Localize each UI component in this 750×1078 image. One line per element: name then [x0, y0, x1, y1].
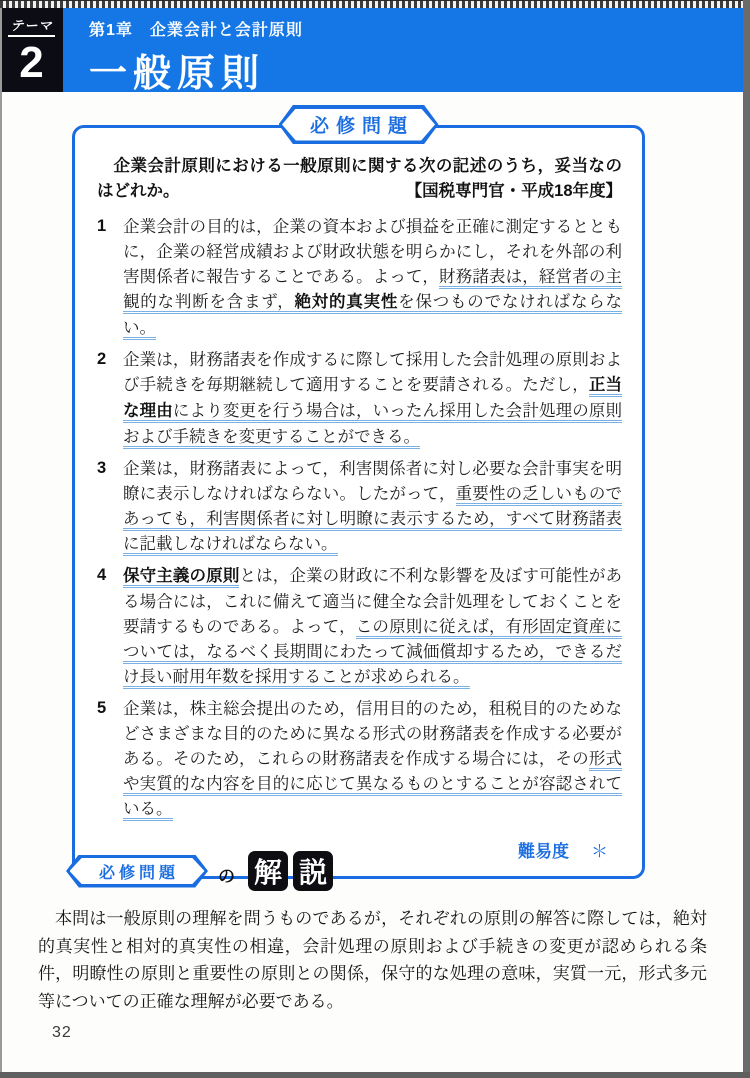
- explanation-header: 必修問題 の 解 説: [66, 851, 743, 891]
- page-left-edge: [0, 0, 2, 1078]
- option-5: 5企業は，株主総会提出のため，信用目的のため，租税目的のためなどさまざまな目的の…: [97, 696, 622, 821]
- explanation-section: 必修問題 の 解 説 本問は一般原則の理解を問うものであるが，それぞれの原則の解…: [0, 851, 743, 1015]
- badge-label: 必修問題: [282, 109, 435, 141]
- underlined-text: 絶対的真実性: [294, 293, 398, 314]
- question-intro: 企業会計原則における一般原則に関する次の記述のうち，妥当なのはどれか。【国税専門…: [97, 154, 622, 204]
- option-number: 5: [97, 696, 114, 821]
- page-bottom-edge: [0, 1072, 750, 1078]
- options-list: 1企業会計の目的は，企業の資本および損益を正確に測定するとともに，企業の経営成績…: [97, 214, 622, 821]
- underlined-text: により変更を行う場合は，いったん採用した会計処理の原則および手続きを変更すること…: [123, 401, 622, 449]
- option-number: 1: [97, 214, 114, 340]
- chapter-heading: 第1章 企業会計と会計原則: [89, 17, 743, 40]
- kaisetsu-square-2: 説: [293, 851, 333, 891]
- question-box: 企業会計原則における一般原則に関する次の記述のうち，妥当なのはどれか。【国税専門…: [72, 125, 645, 879]
- plain-text: 企業は，株主総会提出のため，信用目的のため，租税目的のためなどさまざまな目的のた…: [123, 699, 622, 768]
- page-header: テーマ 2 第1章 企業会計と会計原則 一般原則: [0, 8, 743, 92]
- option-4: 4保守主義の原則とは，企業の財政に不利な影響を及ぼす可能性がある場合には，これに…: [97, 563, 622, 689]
- option-3: 3企業は，財務諸表によって，利害関係者に対し必要な会計事実を明瞭に表示しなければ…: [97, 456, 622, 556]
- option-text: 企業は，財務諸表を作成するに際して採用した会計処理の原則および手続きを毎期継続し…: [123, 347, 622, 449]
- option-1: 1企業会計の目的は，企業の資本および損益を正確に測定するとともに，企業の経営成績…: [97, 214, 622, 340]
- badge-hexagon-border: 必修問題: [66, 855, 208, 888]
- required-question-section: 必修問題 企業会計原則における一般原則に関する次の記述のうち，妥当なのはどれか。…: [72, 125, 645, 879]
- badge-hexagon-border: 必修問題: [279, 105, 439, 144]
- chapter-banner: 第1章 企業会計と会計原則 一般原則: [63, 8, 743, 92]
- option-text: 企業は，株主総会提出のため，信用目的のため，租税目的のためなどさまざまな目的のた…: [123, 696, 622, 821]
- page-top-edge-stripe: [0, 0, 750, 8]
- question-source: 【国税専門官・平成18年度】: [389, 179, 622, 204]
- theme-box: テーマ 2: [0, 8, 63, 92]
- option-number: 3: [97, 456, 114, 556]
- page-title: 一般原則: [89, 42, 743, 97]
- explanation-body: 本問は一般原則の理解を問うものであるが，それぞれの原則の解答に際しては，絶対的真…: [38, 905, 707, 1015]
- explanation-badge: 必修問題: [66, 855, 208, 888]
- option-number: 4: [97, 563, 114, 689]
- explanation-badge-label: 必修問題: [70, 858, 205, 884]
- particle-no: の: [218, 862, 235, 887]
- kaisetsu-square-1: 解: [248, 851, 288, 891]
- option-2: 2企業は，財務諸表を作成するに際して採用した会計処理の原則および手続きを毎期継続…: [97, 347, 622, 449]
- underlined-text: 保守主義の原則: [123, 567, 239, 588]
- option-number: 2: [97, 347, 114, 449]
- plain-text: 企業は，財務諸表を作成するに際して採用した会計処理の原則および手続きを毎期継続し…: [123, 350, 622, 394]
- page-right-edge: [743, 0, 750, 1078]
- page-number: 32: [52, 1024, 72, 1042]
- required-question-badge: 必修問題: [279, 105, 439, 144]
- option-text: 企業会計の目的は，企業の資本および損益を正確に測定するとともに，企業の経営成績お…: [123, 214, 622, 340]
- textbook-page: テーマ 2 第1章 企業会計と会計原則 一般原則 必修問題 企業会計原則における…: [0, 0, 750, 1078]
- theme-number: 2: [19, 39, 43, 87]
- option-text: 企業は，財務諸表によって，利害関係者に対し必要な会計事実を明瞭に表示しなければな…: [123, 456, 622, 556]
- theme-label: テーマ: [8, 10, 54, 37]
- option-text: 保守主義の原則とは，企業の財政に不利な影響を及ぼす可能性がある場合には，これに備…: [123, 563, 622, 689]
